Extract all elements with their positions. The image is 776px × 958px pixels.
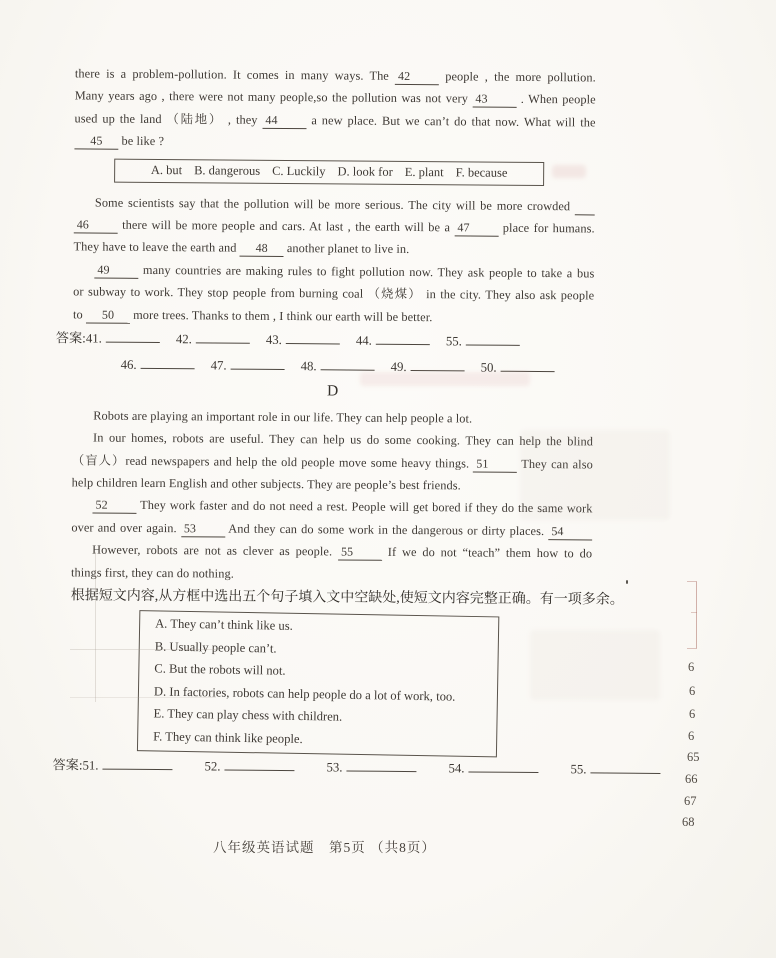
d-answers-row: 答案:51.52.53.54.55.: [52, 752, 590, 782]
text-line: 45 be like ?: [74, 130, 595, 156]
edge-number: 66: [685, 772, 698, 787]
cloze-paragraph-2: Some scientists say that the pollution w…: [73, 191, 595, 262]
blank-42: 42: [395, 70, 439, 85]
blank-51: 51: [473, 457, 517, 472]
blank-47: 47: [454, 221, 498, 236]
answer-slot: 52.: [204, 759, 326, 774]
answer-blank-line: [231, 357, 285, 370]
answer-slot: 55.: [570, 762, 692, 777]
blank-52: 52: [92, 499, 136, 514]
answer-blank-line: [102, 757, 172, 771]
answer-slot: 49.: [391, 360, 481, 375]
emphasis-dot: [626, 580, 628, 584]
answer-blank-line: [321, 357, 375, 370]
answer-number: 49.: [391, 360, 407, 374]
answer-number: 53.: [326, 760, 342, 774]
answer-number: 55.: [570, 762, 586, 776]
answer-slots: 41.42.43.44.55.: [86, 331, 536, 349]
answer-slot: 43.: [266, 333, 356, 348]
answer-number: 46.: [121, 358, 137, 372]
answer-blank-line: [376, 332, 430, 345]
answer-number: 50.: [481, 360, 497, 374]
answer-blank-line: [466, 332, 520, 345]
answer-slot: 55.: [446, 334, 536, 349]
page-footer: 八年级英语试题 第5页 （共8页）: [213, 836, 436, 856]
option-item: E. plant: [405, 165, 444, 180]
blank-44: 44: [262, 114, 306, 129]
edge-number: 6: [688, 660, 694, 675]
cloze-options-box: A. butB. dangerousC. LuckilyD. look forE…: [114, 158, 544, 185]
answer-number: 42.: [176, 332, 192, 346]
answers-label: 答案:: [56, 330, 86, 345]
d-paragraph-2: In our homes, robots are useful. They ca…: [72, 427, 594, 498]
clipped-box-edge: [687, 581, 697, 649]
answer-blank-line: [501, 359, 555, 372]
option-item: F. because: [456, 165, 508, 180]
d-paragraph-4: However, robots are not as clever as peo…: [71, 539, 592, 588]
answer-number: 43.: [266, 333, 282, 347]
answer-number: 54.: [448, 761, 464, 775]
answer-number: 41.: [86, 331, 102, 345]
blank-43: 43: [472, 93, 516, 108]
answer-blank-line: [411, 358, 465, 371]
page-body: there is a problem-pollution. It comes i…: [69, 62, 596, 782]
answer-blank-line: [224, 758, 294, 772]
answer-slot: 41.: [86, 331, 176, 346]
scanned-exam-page: there is a problem-pollution. It comes i…: [0, 0, 776, 958]
chinese-instruction: 根据短文内容,从方框中选出五个句子填入文中空缺处,使短文内容完整正确。有一项多余…: [71, 585, 651, 611]
answer-blank-line: [196, 330, 250, 343]
edge-number: 6: [688, 729, 694, 744]
answer-slot: 44.: [356, 333, 446, 348]
edge-number: 6: [689, 684, 695, 699]
answer-slot: 48.: [301, 359, 391, 374]
option-item: F. They can think like people.: [153, 725, 492, 753]
blank-48: 48: [240, 242, 284, 257]
answer-number: 48.: [301, 359, 317, 373]
cloze-paragraph-1: there is a problem-pollution. It comes i…: [74, 62, 596, 156]
answer-slot: 53.: [326, 760, 448, 775]
section-d-heading: D: [72, 379, 593, 403]
answer-number: 44.: [356, 333, 372, 347]
answer-blank-line: [590, 760, 660, 774]
answer-number: 52.: [204, 759, 220, 773]
cloze-answers-row-2: 46.47.48.49.50.: [121, 352, 594, 382]
blank-55: 55: [338, 546, 382, 561]
edge-number: 67: [684, 794, 697, 809]
option-item: C. Luckily: [272, 164, 326, 179]
option-item: D. look for: [338, 164, 393, 179]
answer-number: 47.: [211, 358, 227, 372]
answer-slot: 50.: [481, 360, 571, 375]
sentence-options-box: A. They can’t think like us.B. Usually p…: [137, 610, 499, 757]
blank-45: 45: [74, 135, 118, 150]
answer-blank-line: [141, 356, 195, 369]
blank-49: 49: [94, 263, 138, 278]
option-item: B. dangerous: [194, 163, 260, 179]
d-paragraph-3: 52 They work faster and do not need a re…: [71, 494, 592, 543]
answer-number: 55.: [446, 334, 462, 348]
answer-slots: 51.52.53.54.55.: [82, 758, 692, 777]
answer-slot: 42.: [176, 332, 266, 347]
blank-46: 46: [74, 218, 118, 233]
answer-slots: 46.47.48.49.50.: [121, 358, 571, 376]
edge-number: 6: [689, 707, 695, 722]
answers-label: 答案:: [52, 757, 82, 772]
answer-blank-line: [106, 330, 160, 343]
edge-number: 65: [687, 750, 700, 765]
clipped-box-tick: [691, 612, 697, 613]
option-item: A. but: [151, 163, 182, 178]
answer-slot: 51.: [82, 758, 204, 773]
answer-blank-line: [346, 759, 416, 773]
answer-blank-line: [286, 331, 340, 344]
cloze-paragraph-3: 49 many countries are making rules to fi…: [73, 258, 595, 329]
blank-50: 50: [86, 308, 130, 323]
edge-number: 68: [682, 815, 695, 830]
blank-cont: [575, 200, 595, 215]
answer-slot: 46.: [121, 358, 211, 373]
answer-slot: 47.: [211, 358, 301, 373]
blank-54: 54: [548, 525, 592, 540]
blank-53: 53: [181, 522, 225, 537]
cloze-answers-row-1: 答案:41.42.43.44.55.: [56, 325, 594, 355]
text-line: things first, they can do nothing.: [71, 561, 592, 587]
answer-slot: 54.: [448, 761, 570, 776]
answer-number: 51.: [82, 758, 98, 772]
answer-blank-line: [468, 760, 538, 774]
